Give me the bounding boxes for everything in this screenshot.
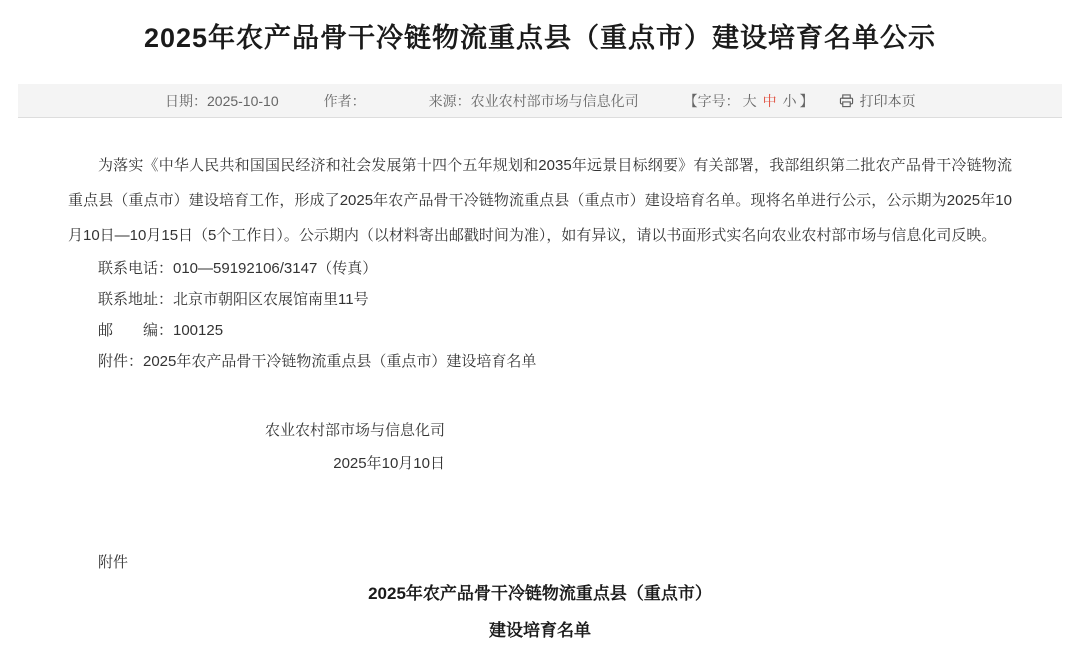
signature-org: 农业农村部市场与信息化司: [68, 414, 445, 447]
signature-block: 农业农村部市场与信息化司 2025年10月10日: [68, 414, 445, 480]
font-size-medium-button[interactable]: 中: [763, 91, 777, 111]
font-size-small-button[interactable]: 小: [783, 91, 797, 111]
font-size-suffix: 】: [800, 91, 814, 111]
print-page-label: 打印本页: [860, 91, 916, 111]
postal-code: 邮 编：100125: [68, 315, 1012, 346]
attachment-reference-line: 附件：2025年农产品骨干冷链物流重点县（重点市）建设培育名单: [68, 346, 1012, 377]
contact-address: 联系地址：北京市朝阳区农展馆南里11号: [68, 284, 1012, 315]
page-title: 2025年农产品骨干冷链物流重点县（重点市）建设培育名单公示: [80, 22, 1000, 54]
article-body: 为落实《中华人民共和国国民经济和社会发展第十四个五年规划和2035年远景目标纲要…: [0, 148, 1080, 578]
source-label: 来源：农业农村部市场与信息化司: [429, 91, 639, 111]
attachment-section-label: 附件: [68, 547, 1012, 578]
signature-date: 2025年10月10日: [68, 447, 445, 480]
meta-bar: 日期：2025-10-10 作者： 来源：农业农村部市场与信息化司 【字号： 大…: [18, 84, 1062, 118]
attachment-title-line1: 2025年农产品骨干冷链物流重点县（重点市）: [0, 578, 1080, 610]
font-size-large-button[interactable]: 大: [743, 91, 757, 111]
font-size-control: 【字号： 大 中 小 】: [684, 91, 814, 111]
contact-phone: 联系电话：010—59192106/3147（传真）: [68, 253, 1012, 284]
attachment-title-line2: 建设培育名单: [0, 615, 1080, 647]
publish-date: 日期：2025-10-10: [165, 91, 279, 111]
print-page-button[interactable]: 打印本页: [839, 91, 916, 111]
author-label: 作者：: [324, 91, 366, 111]
announcement-paragraph: 为落实《中华人民共和国国民经济和社会发展第十四个五年规划和2035年远景目标纲要…: [68, 148, 1012, 253]
printer-icon: [839, 94, 854, 108]
font-size-prefix: 【字号：: [684, 91, 740, 111]
